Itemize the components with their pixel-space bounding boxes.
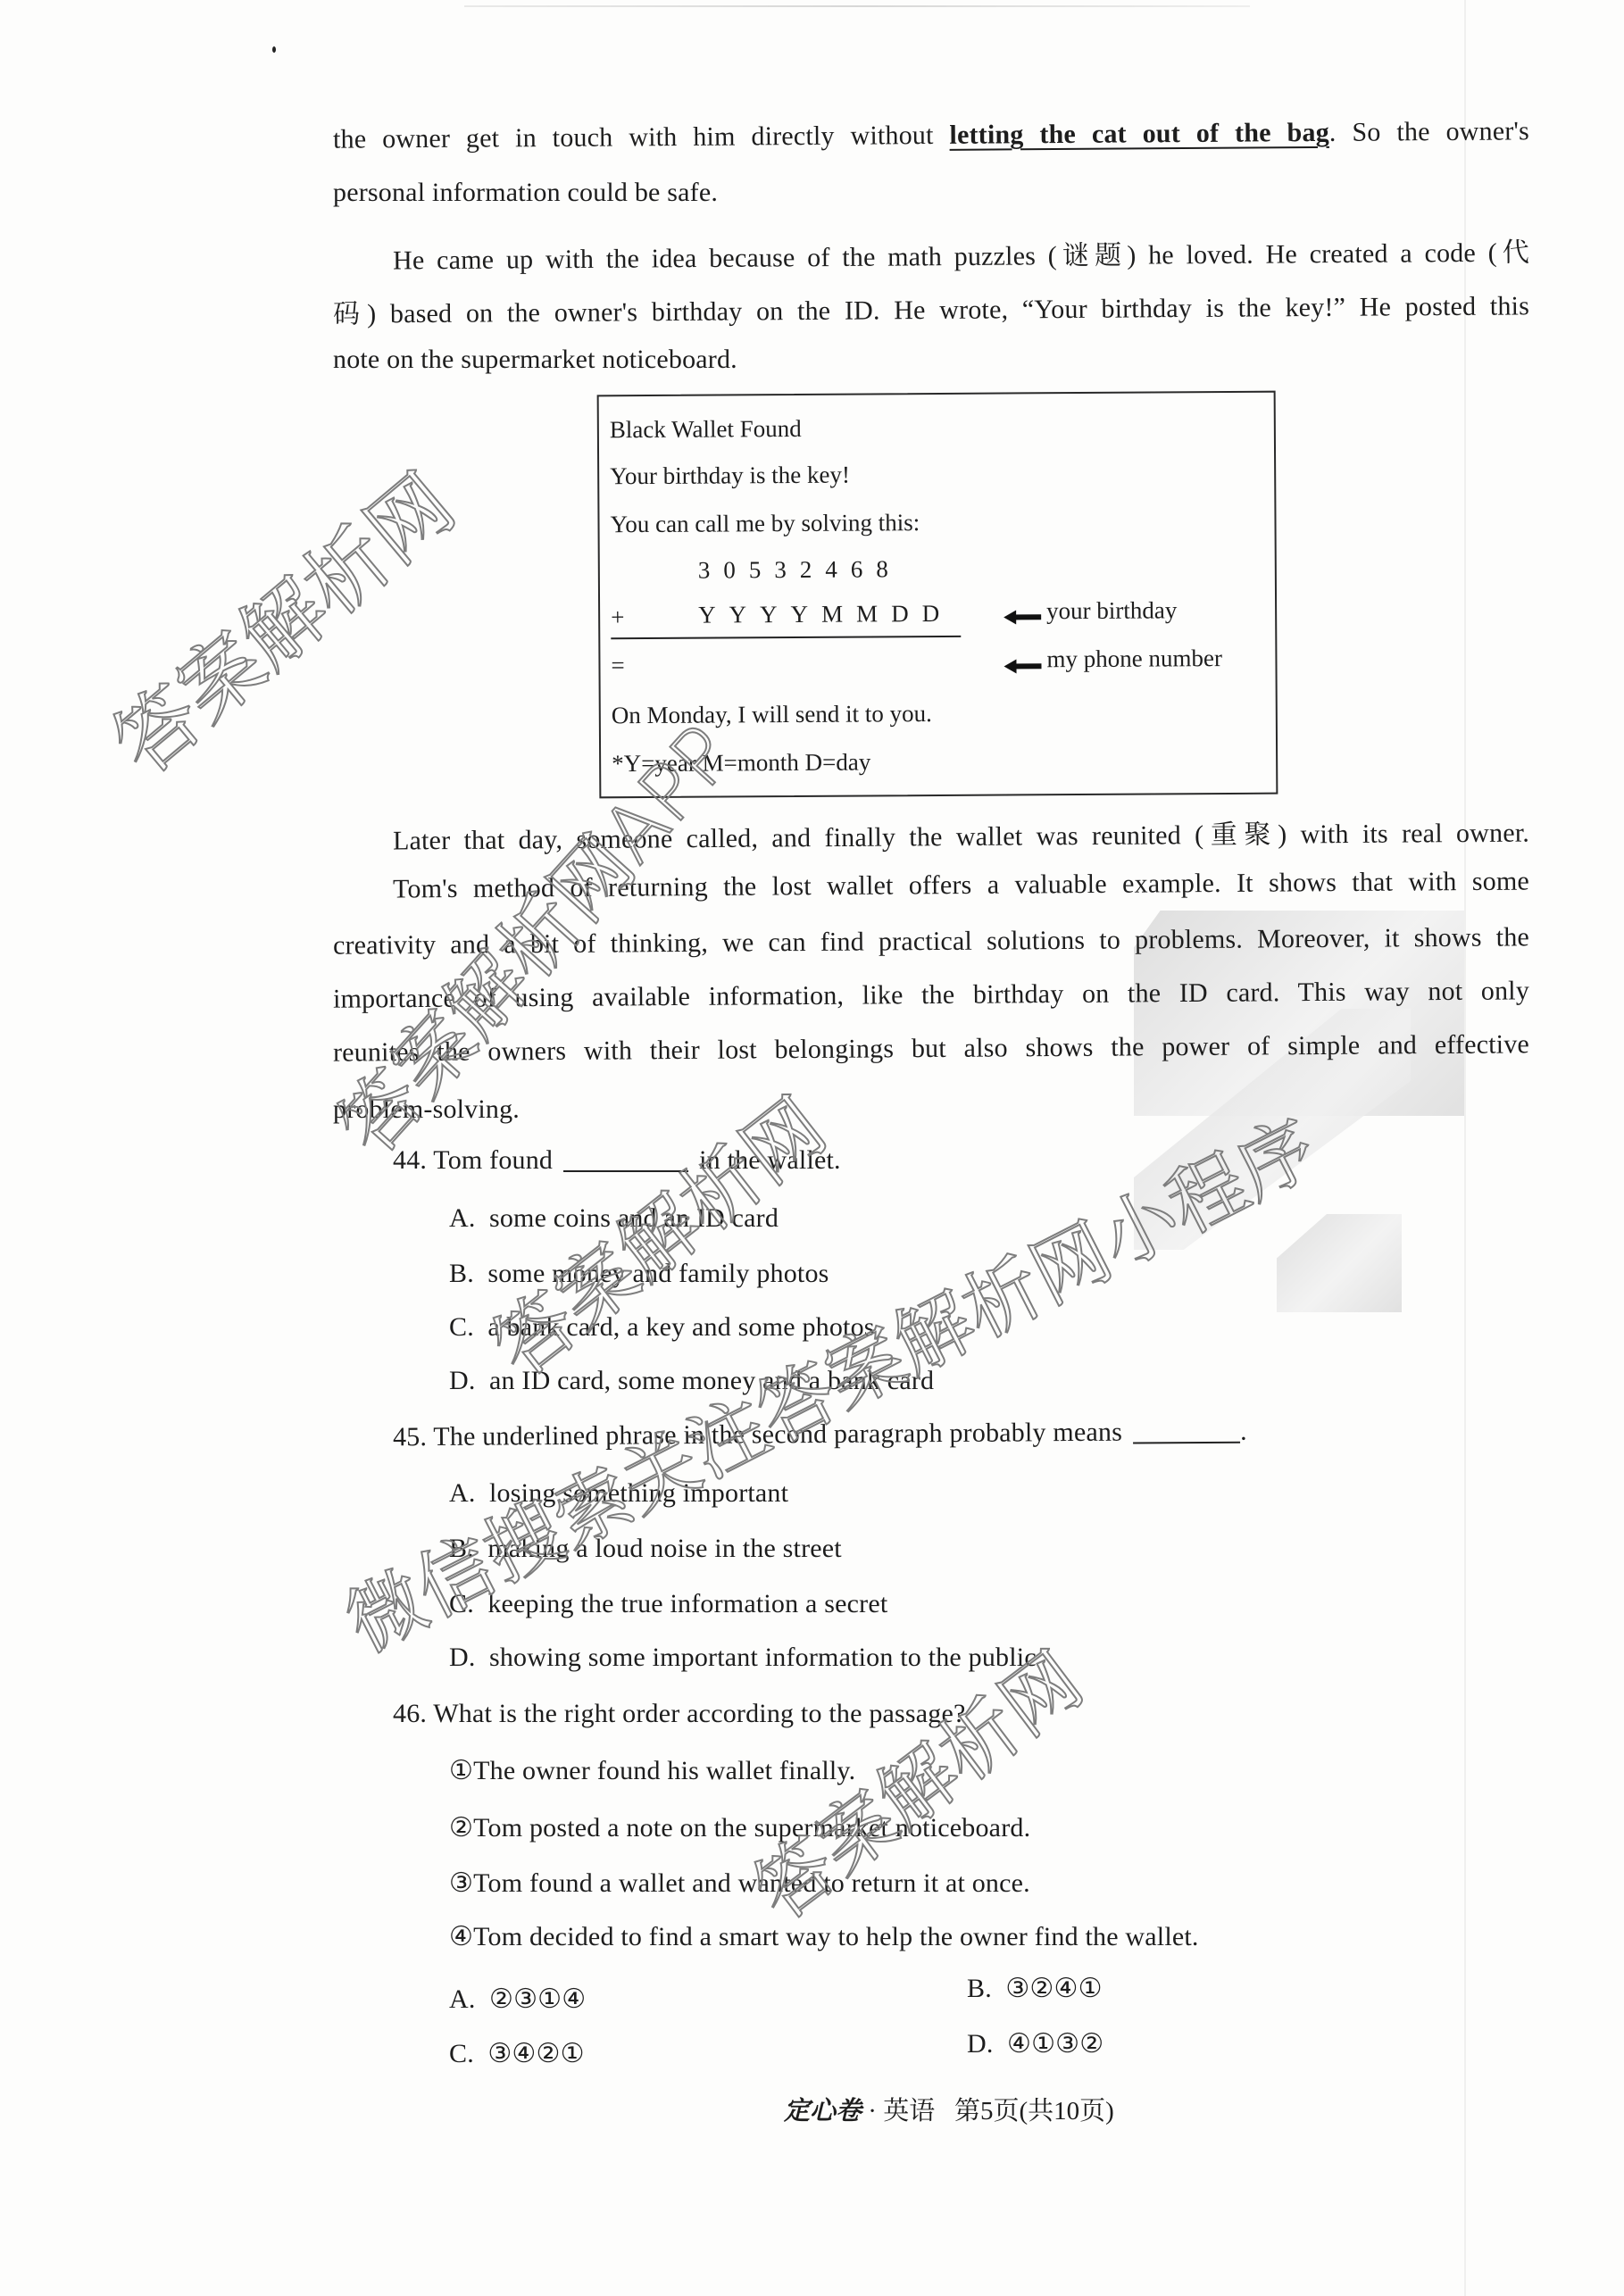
notice-title: Black Wallet Found	[610, 415, 802, 444]
question-number: 45.	[393, 1422, 427, 1452]
exam-page: the owner get in touch with him directly…	[0, 0, 1624, 2296]
notice-line: Your birthday is the key!	[610, 462, 850, 491]
option-46-d[interactable]: D. ④①③②	[967, 2028, 1103, 2059]
equals-sign: =	[611, 652, 624, 679]
page-footer: 定心卷 · 英语 第5页(共10页)	[784, 2091, 1114, 2127]
option-46-a[interactable]: A. ②③①④	[449, 1984, 586, 2015]
answer-blank	[563, 1170, 688, 1172]
question-number: 46.	[393, 1699, 427, 1728]
left-arrow-icon	[1004, 661, 1039, 670]
passage-line: personal information could be safe.	[333, 178, 718, 208]
exam-brand: 定心卷	[784, 2097, 862, 2125]
event-item: ④Tom decided to find a smart way to help…	[449, 1921, 1199, 1952]
page-number: 第5页(共10页)	[954, 2097, 1114, 2125]
option-44-c[interactable]: C. a bank card, a key and some photos	[449, 1312, 875, 1343]
option-45-d[interactable]: D. showing some important information to…	[449, 1643, 1037, 1673]
question-45-stem: 45. The underlined phrase in the second …	[393, 1417, 1247, 1453]
option-46-b[interactable]: B. ③②④①	[967, 1973, 1103, 2004]
option-45-b[interactable]: B. making a loud noise in the street	[449, 1534, 842, 1564]
sum-rule	[611, 636, 961, 639]
subject-label: 英语	[883, 2097, 935, 2125]
option-44-b[interactable]: B. some money and family photos	[449, 1259, 829, 1289]
birthday-placeholder: YYYYMMDD	[698, 600, 953, 629]
passage-line: 码) based on the owner's birthday on the …	[333, 283, 1529, 330]
arrow-label-phone: my phone number	[1046, 645, 1222, 673]
watermark: 答案解析网	[85, 442, 475, 796]
passage-line: Tom's method of returning the lost walle…	[393, 867, 1529, 905]
passage-line: the owner get in touch with him directly…	[333, 116, 1529, 154]
option-44-a[interactable]: A. some coins and an ID card	[449, 1203, 779, 1234]
passage-line: note on the supermarket noticeboard.	[333, 345, 737, 375]
event-item: ②Tom posted a note on the supermarket no…	[449, 1812, 1030, 1843]
notice-legend: *Y=year M=month D=day	[612, 748, 870, 778]
notice-line: On Monday, I will send it to you.	[612, 700, 932, 729]
question-number: 44.	[393, 1145, 427, 1175]
question-46-stem: 46. What is the right order according to…	[393, 1699, 966, 1729]
arrow-label-birthday: your birthday	[1046, 596, 1177, 625]
left-arrow-icon	[1004, 612, 1039, 621]
scan-artifact	[1277, 1214, 1402, 1312]
event-item: ①The owner found his wallet finally.	[449, 1755, 855, 1786]
passage-line: Later that day, someone called, and fina…	[393, 811, 1529, 858]
question-44-stem: 44. Tom foundin the wallet.	[393, 1145, 841, 1176]
option-45-a[interactable]: A. losing something important	[449, 1478, 788, 1509]
passage-line: He came up with the idea because of the …	[393, 230, 1529, 278]
wallet-notice-box: Black Wallet Found Your birthday is the …	[597, 391, 1278, 799]
scan-speck	[272, 46, 276, 53]
answer-blank	[1133, 1442, 1240, 1444]
scan-edge-line	[464, 5, 1250, 7]
passage-line: problem-solving.	[333, 1094, 520, 1125]
option-46-c[interactable]: C. ③④②①	[449, 2038, 585, 2069]
option-44-d[interactable]: D. an ID card, some money and a bank car…	[449, 1366, 934, 1396]
plus-sign: +	[611, 603, 624, 631]
code-number: 30532468	[698, 555, 902, 584]
option-45-c[interactable]: C. keeping the true information a secret	[449, 1589, 887, 1619]
event-item: ③Tom found a wallet and wanted to return…	[449, 1868, 1030, 1899]
page-fold-line	[1464, 0, 1466, 2296]
notice-line: You can call me by solving this:	[610, 509, 920, 538]
underlined-phrase: letting the cat out of the bag	[949, 118, 1329, 150]
